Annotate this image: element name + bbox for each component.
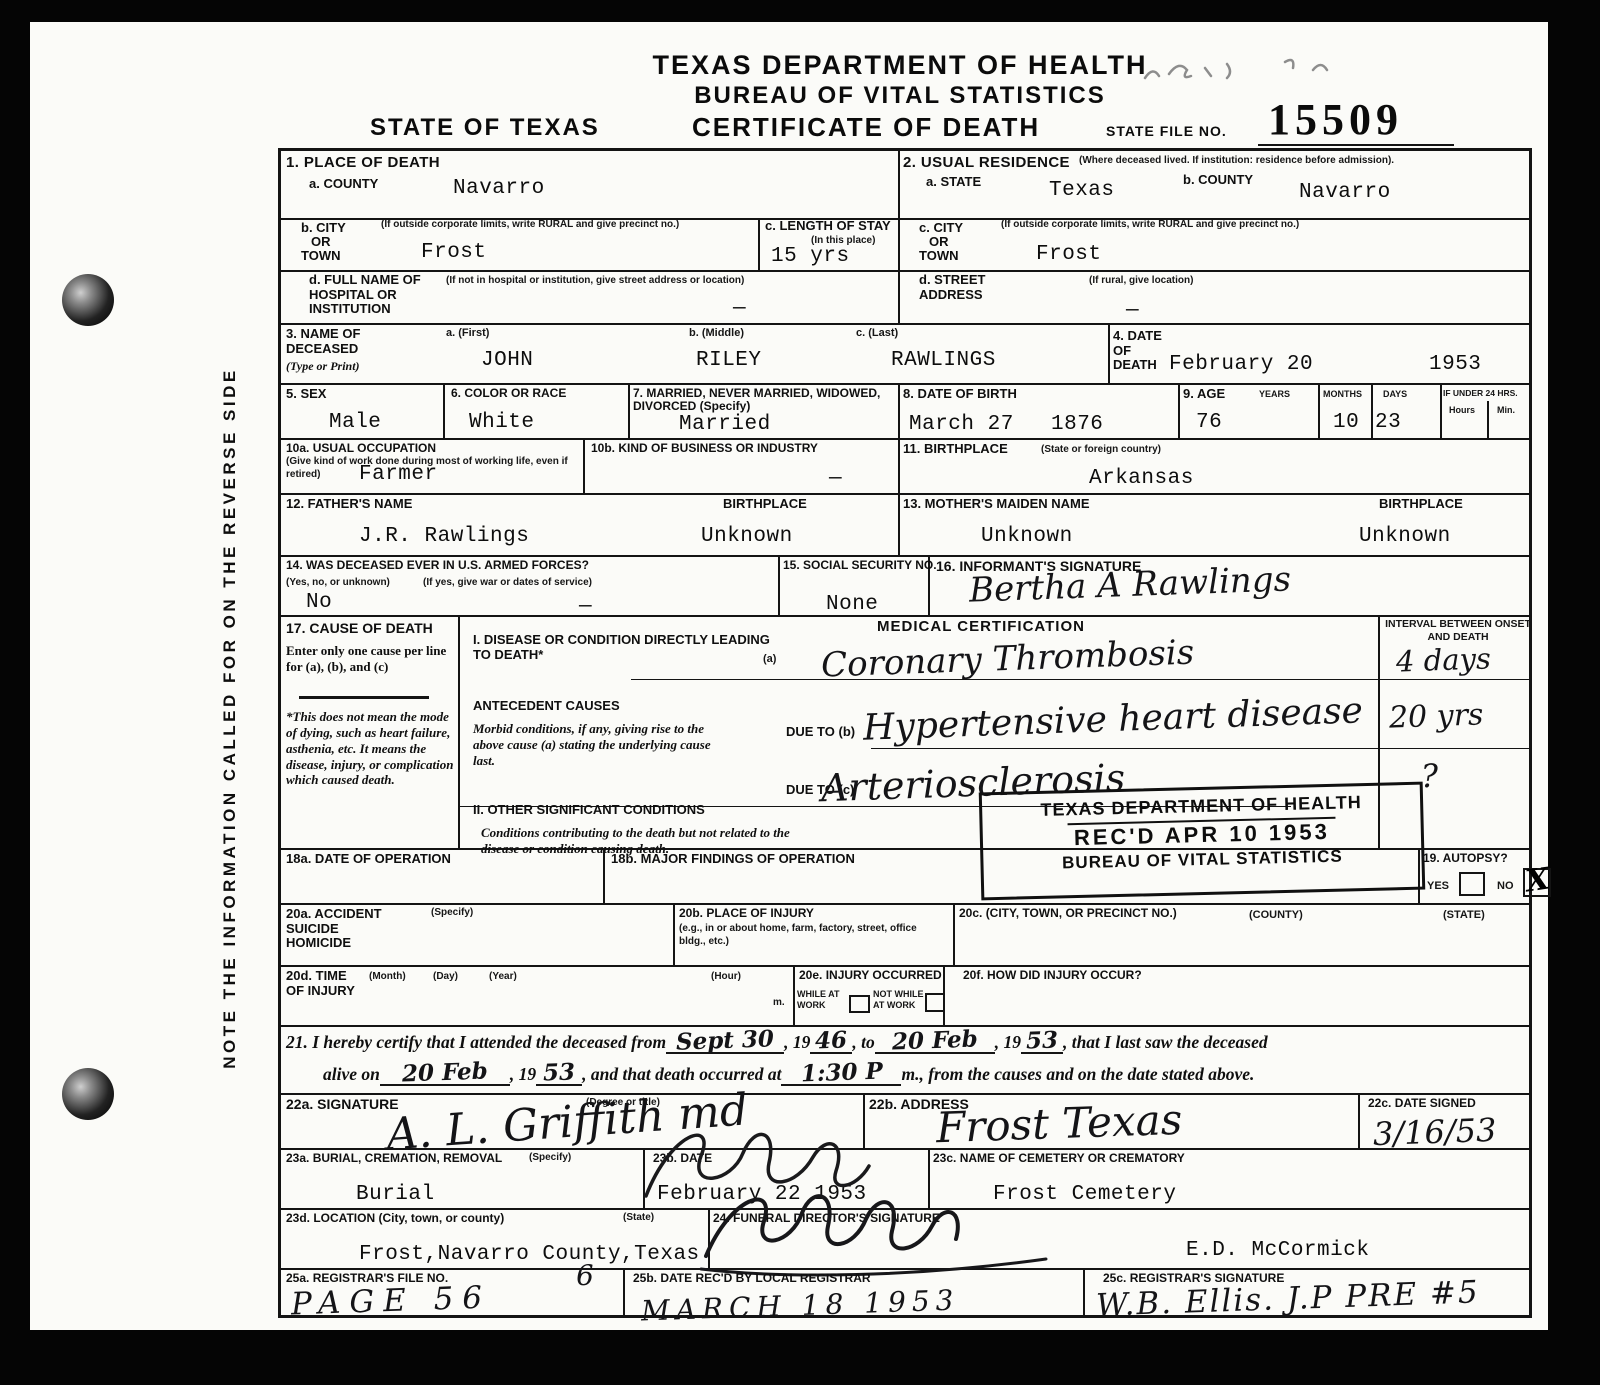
res-state-value: Texas: [1049, 179, 1115, 202]
grid-line: [281, 1093, 1529, 1095]
autopsy-yes-label: YES: [1427, 880, 1449, 894]
physician-address: Frost Texas: [935, 1095, 1183, 1153]
physician-signature-label: 22a. SIGNATURE: [286, 1097, 399, 1113]
grid-line: [281, 383, 1529, 385]
armed-forces-note1: (Yes, no, or unknown): [286, 577, 390, 590]
grid-line: [281, 323, 1529, 325]
notes-divider: [299, 696, 429, 699]
pod-county-value: Navarro: [453, 177, 545, 200]
race-label: 6. COLOR OR RACE: [451, 387, 566, 400]
pod-stay-label: c. LENGTH OF STAY: [765, 219, 895, 234]
grid-line: [281, 270, 1529, 272]
interval-b-value: 20 yrs: [1388, 697, 1484, 735]
place-of-injury-label: 20b. PLACE OF INJURY: [679, 907, 814, 920]
dob-year: 1876: [1051, 413, 1103, 436]
name-first-value: JOHN: [481, 349, 533, 372]
attended-from-year: 46: [815, 1030, 848, 1052]
occupation-value: Farmer: [359, 463, 438, 486]
dob-label: 8. DATE OF BIRTH: [903, 387, 1017, 402]
armed-forces-value2: —: [579, 595, 592, 618]
res-state-label: a. STATE: [926, 175, 981, 190]
res-county-label: b. COUNTY: [1183, 173, 1253, 188]
marital-value: Married: [679, 413, 771, 436]
grid-line: [898, 493, 900, 555]
sex-label: 5. SEX: [286, 387, 326, 402]
name-last-value: RAWLINGS: [891, 349, 996, 372]
autopsy-yes-checkbox: [1459, 872, 1485, 896]
date-of-death-label: 4. DATE OF DEATH: [1113, 329, 1175, 373]
sex-value: Male: [329, 411, 381, 434]
disease-condition-label: I. DISEASE OR CONDITION DIRECTLY LEADING…: [473, 633, 773, 662]
hole-punch-top: [62, 274, 114, 326]
name-middle-label: b. (Middle): [689, 327, 744, 341]
father-name-label: 12. FATHER'S NAME: [286, 497, 412, 512]
grid-line: [281, 615, 1529, 617]
burial-location-state-note: (State): [623, 1212, 654, 1225]
business-label: 10b. KIND OF BUSINESS OR INDUSTRY: [591, 442, 818, 455]
cause-note1: Enter only one cause per line for (a), (…: [286, 643, 454, 675]
last-seen-date: 20 Feb: [402, 1062, 488, 1086]
certify-text: m., from the causes and on the date stat…: [901, 1064, 1254, 1085]
grid-line: [583, 438, 585, 493]
registrar-date-label: 25b. DATE REC'D BY LOCAL REGISTRAR: [633, 1272, 871, 1285]
autopsy-no-label: NO: [1497, 880, 1514, 894]
funeral-director-typed-name: E.D. McCormick: [1186, 1239, 1369, 1262]
death-time: 1:30 P: [800, 1062, 882, 1086]
grid-line: [898, 438, 900, 493]
burial-value: Burial: [356, 1183, 435, 1206]
grid-line: [443, 383, 445, 438]
res-city-value: Frost: [1036, 243, 1102, 266]
registrar-page-value: PAGE 56: [290, 1280, 491, 1323]
autopsy-no-mark: X: [1524, 862, 1552, 900]
grid-line: [898, 383, 900, 438]
date-signed-label: 22c. DATE SIGNED: [1368, 1097, 1476, 1110]
state-file-number: 15509: [1268, 94, 1403, 145]
mother-birthplace-label: BIRTHPLACE: [1379, 497, 1463, 512]
mother-name-label: 13. MOTHER'S MAIDEN NAME: [903, 497, 1090, 512]
burial-location-label: 23d. LOCATION (City, town, or county): [286, 1212, 504, 1225]
pod-city-town: TOWN: [301, 249, 340, 264]
dob-value: March 27: [909, 413, 1014, 436]
injury-state-label: (STATE): [1443, 909, 1485, 923]
res-city-town: TOWN: [919, 249, 958, 264]
date-of-death-year: 1953: [1429, 353, 1481, 376]
cause-note2: *This does not mean the mode of dying, s…: [286, 709, 456, 788]
grid-line: [778, 555, 780, 615]
stamp-line2: REC'D APR 10 1953: [1068, 817, 1337, 852]
how-injury-label: 20f. HOW DID INJURY OCCUR?: [963, 969, 1142, 982]
name-middle-value: RILEY: [696, 349, 762, 372]
cemetery-label: 23c. NAME OF CEMETERY OR CREMATORY: [933, 1152, 1185, 1165]
while-at-work-checkbox: [849, 995, 870, 1013]
date-signed-value: 3/16/53: [1372, 1111, 1497, 1153]
grid-line: [898, 151, 900, 323]
res-street-value: —: [1126, 299, 1139, 322]
pod-stay-value: 15 yrs: [771, 245, 850, 268]
name-first-label: a. (First): [446, 327, 489, 341]
cause-a-line: [631, 679, 1529, 680]
grid-line: [793, 965, 795, 1025]
pod-hospital-value: —: [733, 297, 746, 320]
interval-a-value: 4 days: [1395, 641, 1491, 678]
injury-m-label: m.: [773, 997, 785, 1010]
res-street-label: d. STREET ADDRESS: [919, 273, 1003, 302]
father-birthplace-label: BIRTHPLACE: [723, 497, 807, 512]
birthplace-value: Arkansas: [1089, 467, 1194, 490]
certify-text: 21. I hereby certify that I attended the…: [286, 1032, 666, 1053]
birthplace-note: (State or foreign country): [1041, 444, 1161, 457]
stamp-line1: TEXAS DEPARTMENT OF HEALTH: [982, 791, 1420, 823]
injury-county-label: (COUNTY): [1249, 909, 1303, 923]
grid-line: [1108, 323, 1110, 383]
hole-punch-bottom: [62, 1068, 114, 1120]
age-label: 9. AGE: [1183, 387, 1225, 402]
antecedent-note: Morbid conditions, if any, giving rise t…: [473, 721, 731, 769]
certify-statement-line2: alive on 20 Feb , 19 53 , and that death…: [323, 1063, 1533, 1086]
name-last-label: c. (Last): [856, 327, 898, 341]
not-while-at-work-label: NOT WHILE AT WORK: [873, 989, 925, 1012]
father-birthplace-value: Unknown: [701, 525, 793, 548]
grid-line: [1440, 383, 1442, 438]
registrar-file-no-mark: 6: [575, 1259, 594, 1293]
injury-day-label: (Day): [433, 971, 458, 984]
interval-label: INTERVAL BETWEEN ONSET AND DEATH: [1385, 618, 1531, 644]
injury-year-label: (Year): [489, 971, 517, 984]
business-value: —: [829, 467, 842, 490]
time-of-injury-label: 20d. TIME OF INJURY: [286, 969, 366, 998]
birthplace-label: 11. BIRTHPLACE: [903, 442, 1008, 457]
autopsy-no-checkbox: X: [1523, 868, 1551, 897]
not-while-at-work-checkbox: [925, 993, 945, 1012]
marital-label: 7. MARRIED, NEVER MARRIED, WIDOWED, DIVO…: [633, 387, 895, 414]
last-seen-year: 53: [543, 1062, 576, 1084]
certificate-form: 1. PLACE OF DEATH a. COUNTY Navarro b. C…: [278, 148, 1532, 1318]
date-of-death-value: February 20: [1169, 353, 1313, 376]
grid-line: [281, 438, 1529, 440]
header-bureau: BUREAU OF VITAL STATISTICS: [590, 82, 1210, 110]
armed-forces-note2: (If yes, give war or dates of service): [423, 577, 592, 590]
accident-suicide-label: 20a. ACCIDENT SUICIDE HOMICIDE: [286, 907, 406, 951]
res-county-value: Navarro: [1299, 181, 1391, 204]
grid-line: [623, 1268, 625, 1318]
ssn-value: None: [826, 593, 878, 616]
deceased-name-title: 3. NAME OF DECEASED: [286, 327, 398, 356]
pencil-scribble: [1135, 50, 1365, 100]
accident-specify-note: (Specify): [431, 907, 473, 920]
header-department: TEXAS DEPARTMENT OF HEALTH: [590, 50, 1210, 81]
mother-birthplace-value: Unknown: [1359, 525, 1451, 548]
place-of-injury-note: (e.g., in or about home, farm, factory, …: [679, 923, 937, 948]
antecedent-label: ANTECEDENT CAUSES: [473, 699, 620, 714]
certify-statement-line1: 21. I hereby certify that I attended the…: [286, 1031, 1532, 1054]
pod-hospital-label: d. FULL NAME OF HOSPITAL OR INSTITUTION: [309, 273, 459, 317]
age-days-label: DAYS: [1383, 389, 1407, 400]
cause-a-value: Coronary Thrombosis: [820, 633, 1194, 686]
cause-a-tag: (a): [763, 653, 776, 667]
scanned-certificate-page: NOTE THE INFORMATION CALLED FOR ON THE R…: [30, 22, 1548, 1330]
place-of-death-title: 1. PLACE OF DEATH: [286, 155, 440, 172]
mother-name-value: Unknown: [981, 525, 1073, 548]
armed-forces-label: 14. WAS DECEASED EVER IN U.S. ARMED FORC…: [286, 559, 589, 572]
grid-line: [1371, 383, 1373, 438]
grid-line: [1178, 383, 1180, 438]
cause-b-line: [871, 748, 1529, 749]
interval-c-value: ?: [1420, 757, 1438, 796]
injury-month-label: (Month): [369, 971, 406, 984]
file-number-underline: [1258, 144, 1454, 146]
registrar-date-value: MARCH 18 1953: [641, 1283, 960, 1327]
armed-forces-value: No: [306, 591, 332, 614]
attended-to-year: 53: [1026, 1030, 1059, 1052]
injury-city-label: 20c. (CITY, TOWN, OR PRECINCT NO.): [959, 907, 1177, 920]
burial-location-value: Frost,Navarro County,Texas: [359, 1243, 700, 1266]
age-months-value: 10: [1333, 411, 1359, 434]
grid-line: [1318, 383, 1320, 438]
other-conditions-label: II. OTHER SIGNIFICANT CONDITIONS: [473, 803, 705, 818]
burial-specify-note: (Specify): [529, 1152, 571, 1165]
father-name-value: J.R. Rawlings: [359, 525, 529, 548]
age-min-label: Min.: [1497, 405, 1515, 416]
age-hours-label: Hours: [1449, 405, 1475, 416]
occupation-label: 10a. USUAL OCCUPATION: [286, 442, 436, 455]
age-months-label: MONTHS: [1323, 389, 1362, 400]
pod-city-note: (If outside corporate limits, write RURA…: [381, 219, 681, 232]
pod-county-label: a. COUNTY: [309, 177, 378, 192]
grid-line: [953, 903, 955, 965]
margin-note: NOTE THE INFORMATION CALLED FOR ON THE R…: [220, 358, 240, 1078]
grid-line: [628, 383, 630, 438]
grid-line: [758, 218, 760, 270]
autopsy-label: 19. AUTOPSY?: [1423, 852, 1508, 865]
burial-label: 23a. BURIAL, CREMATION, REMOVAL: [286, 1152, 502, 1165]
injury-hour-label: (Hour): [711, 971, 741, 984]
grid-line: [281, 903, 1529, 905]
res-city-note: (If outside corporate limits, write RURA…: [1001, 219, 1421, 232]
residence-title: 2. USUAL RESIDENCE: [903, 155, 1070, 172]
while-at-work-label: WHILE AT WORK: [797, 989, 845, 1012]
deceased-name-subtitle: (Type or Print): [286, 359, 360, 374]
certify-text: alive on: [323, 1064, 380, 1085]
received-stamp: TEXAS DEPARTMENT OF HEALTH REC'D APR 10 …: [979, 782, 1426, 901]
grid-line: [458, 615, 460, 848]
grid-line: [1487, 401, 1489, 438]
attended-to-date: 20 Feb: [891, 1030, 977, 1054]
pod-city-value: Frost: [421, 241, 487, 264]
race-value: White: [469, 411, 535, 434]
major-findings-label: 18b. MAJOR FINDINGS OF OPERATION: [611, 852, 855, 867]
attended-from-date: Sept 30: [676, 1029, 775, 1053]
grid-line: [281, 965, 1529, 967]
ssn-label: 15. SOCIAL SECURITY NO.: [783, 559, 937, 572]
due-to-b-tag: DUE TO (b): [786, 725, 855, 740]
age-under24-label: IF UNDER 24 HRS.: [1443, 388, 1518, 399]
age-years-value: 76: [1196, 411, 1222, 434]
grid-line: [281, 555, 1529, 557]
residence-title-note: (Where deceased lived. If institution: r…: [1079, 155, 1527, 168]
grid-line: [281, 493, 1529, 495]
degree-title-label: (Degree or title): [586, 1097, 660, 1110]
header-state-of-texas: STATE OF TEXAS: [370, 114, 600, 142]
funeral-director-signature-scrawl: [696, 1181, 1066, 1281]
certify-text: , that I last saw the deceased: [1063, 1032, 1268, 1053]
grid-line: [281, 1025, 1529, 1027]
pod-hospital-note: (If not in hospital or institution, give…: [446, 275, 876, 288]
cause-b-value: Hypertensive heart disease: [862, 690, 1363, 748]
header-certificate-title: CERTIFICATE OF DEATH: [692, 112, 1040, 143]
age-days-value: 23: [1375, 411, 1401, 434]
injury-occurred-label: 20e. INJURY OCCURRED: [799, 969, 942, 982]
res-street-note: (If rural, give location): [1089, 275, 1193, 288]
stamp-line3: BUREAU OF VITAL STATISTICS: [983, 845, 1421, 876]
cause-of-death-label: 17. CAUSE OF DEATH: [286, 621, 433, 637]
age-years-label: YEARS: [1259, 389, 1290, 400]
grid-line: [673, 903, 675, 965]
date-of-operation-label: 18a. DATE OF OPERATION: [286, 852, 451, 867]
grid-line: [1358, 1093, 1360, 1148]
state-file-no-label: STATE FILE NO.: [1106, 123, 1227, 139]
grid-line: [1083, 1268, 1085, 1318]
